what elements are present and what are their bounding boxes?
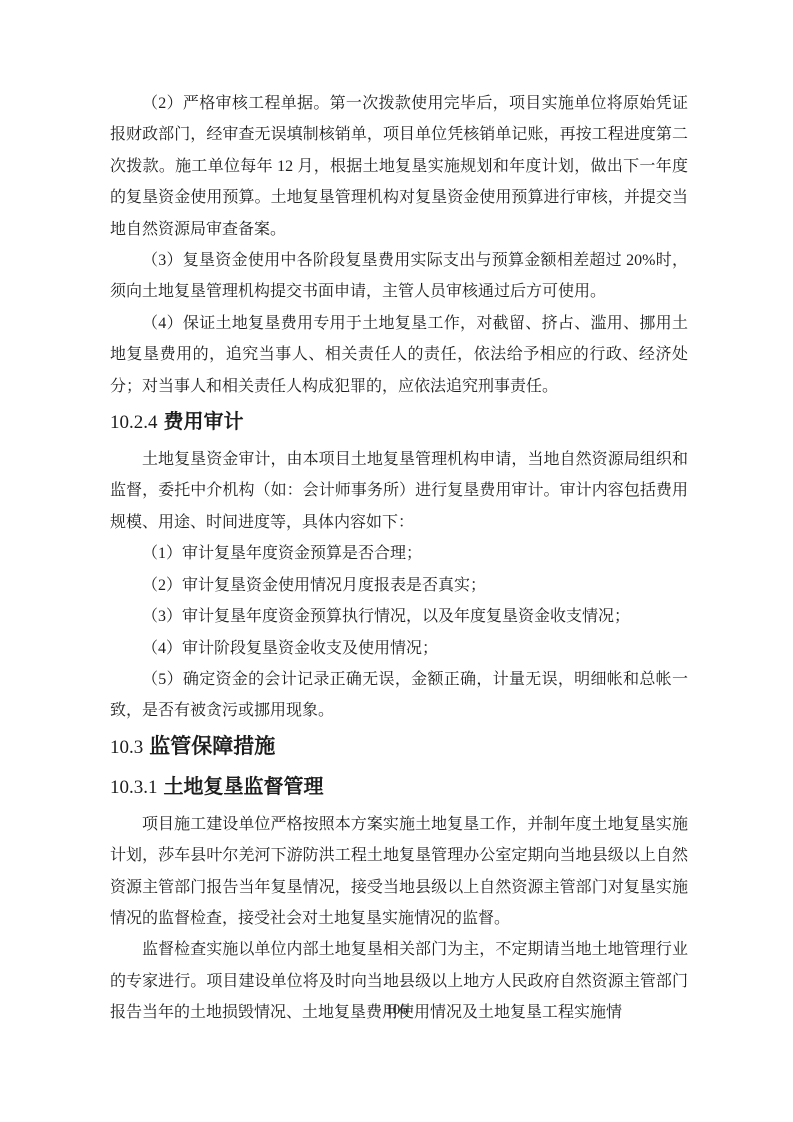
audit-list-item-2: （2）审计复垦资金使用情况月度报表是否真实； bbox=[110, 570, 688, 601]
document-page: （2）严格审核工程单据。第一次拨款使用完毕后，项目实施单位将原始凭证报财政部门，… bbox=[0, 0, 793, 1122]
section-heading-10-3: 10.3监管保障措施 bbox=[110, 729, 688, 767]
page-content: （2）严格审核工程单据。第一次拨款使用完毕后，项目实施单位将原始凭证报财政部门，… bbox=[110, 88, 688, 1029]
audit-list-item-1: （1）审计复垦年度资金预算是否合理； bbox=[110, 538, 688, 569]
paragraph-supervision-1: 项目施工建设单位严格按照本方案实施土地复垦工作，并制年度土地复垦实施计划，莎车县… bbox=[110, 809, 688, 935]
section-heading-10-2-4: 10.2.4费用审计 bbox=[110, 404, 688, 442]
audit-list-item-3: （3）审计复垦年度资金预算执行情况，以及年度复垦资金收支情况； bbox=[110, 601, 688, 632]
page-number: 106 bbox=[0, 1002, 793, 1019]
section-title: 土地复垦监督管理 bbox=[164, 776, 324, 798]
section-number: 10.3 bbox=[110, 737, 143, 758]
audit-list-item-5: （5）确定资金的会计记录正确无误，金额正确，计量无误，明细帐和总帐一致，是否有被… bbox=[110, 664, 688, 727]
audit-list-item-4: （4）审计阶段复垦资金收支及使用情况； bbox=[110, 633, 688, 664]
section-number: 10.3.1 bbox=[110, 777, 158, 798]
paragraph-funding-rule-4: （4）保证土地复垦费用专用于土地复垦工作，对截留、挤占、滥用、挪用土地复垦费用的… bbox=[110, 308, 688, 402]
paragraph-audit-intro: 土地复垦资金审计，由本项目土地复垦管理机构申请，当地自然资源局组织和监督，委托中… bbox=[110, 444, 688, 538]
section-number: 10.2.4 bbox=[110, 412, 158, 433]
section-heading-10-3-1: 10.3.1土地复垦监督管理 bbox=[110, 769, 688, 807]
section-title: 监管保障措施 bbox=[149, 735, 275, 758]
paragraph-funding-rule-3: （3）复垦资金使用中各阶段复垦费用实际支出与预算金额相差超过 20%时，须向土地… bbox=[110, 245, 688, 308]
section-title: 费用审计 bbox=[164, 411, 244, 433]
paragraph-funding-rule-2: （2）严格审核工程单据。第一次拨款使用完毕后，项目实施单位将原始凭证报财政部门，… bbox=[110, 88, 688, 245]
